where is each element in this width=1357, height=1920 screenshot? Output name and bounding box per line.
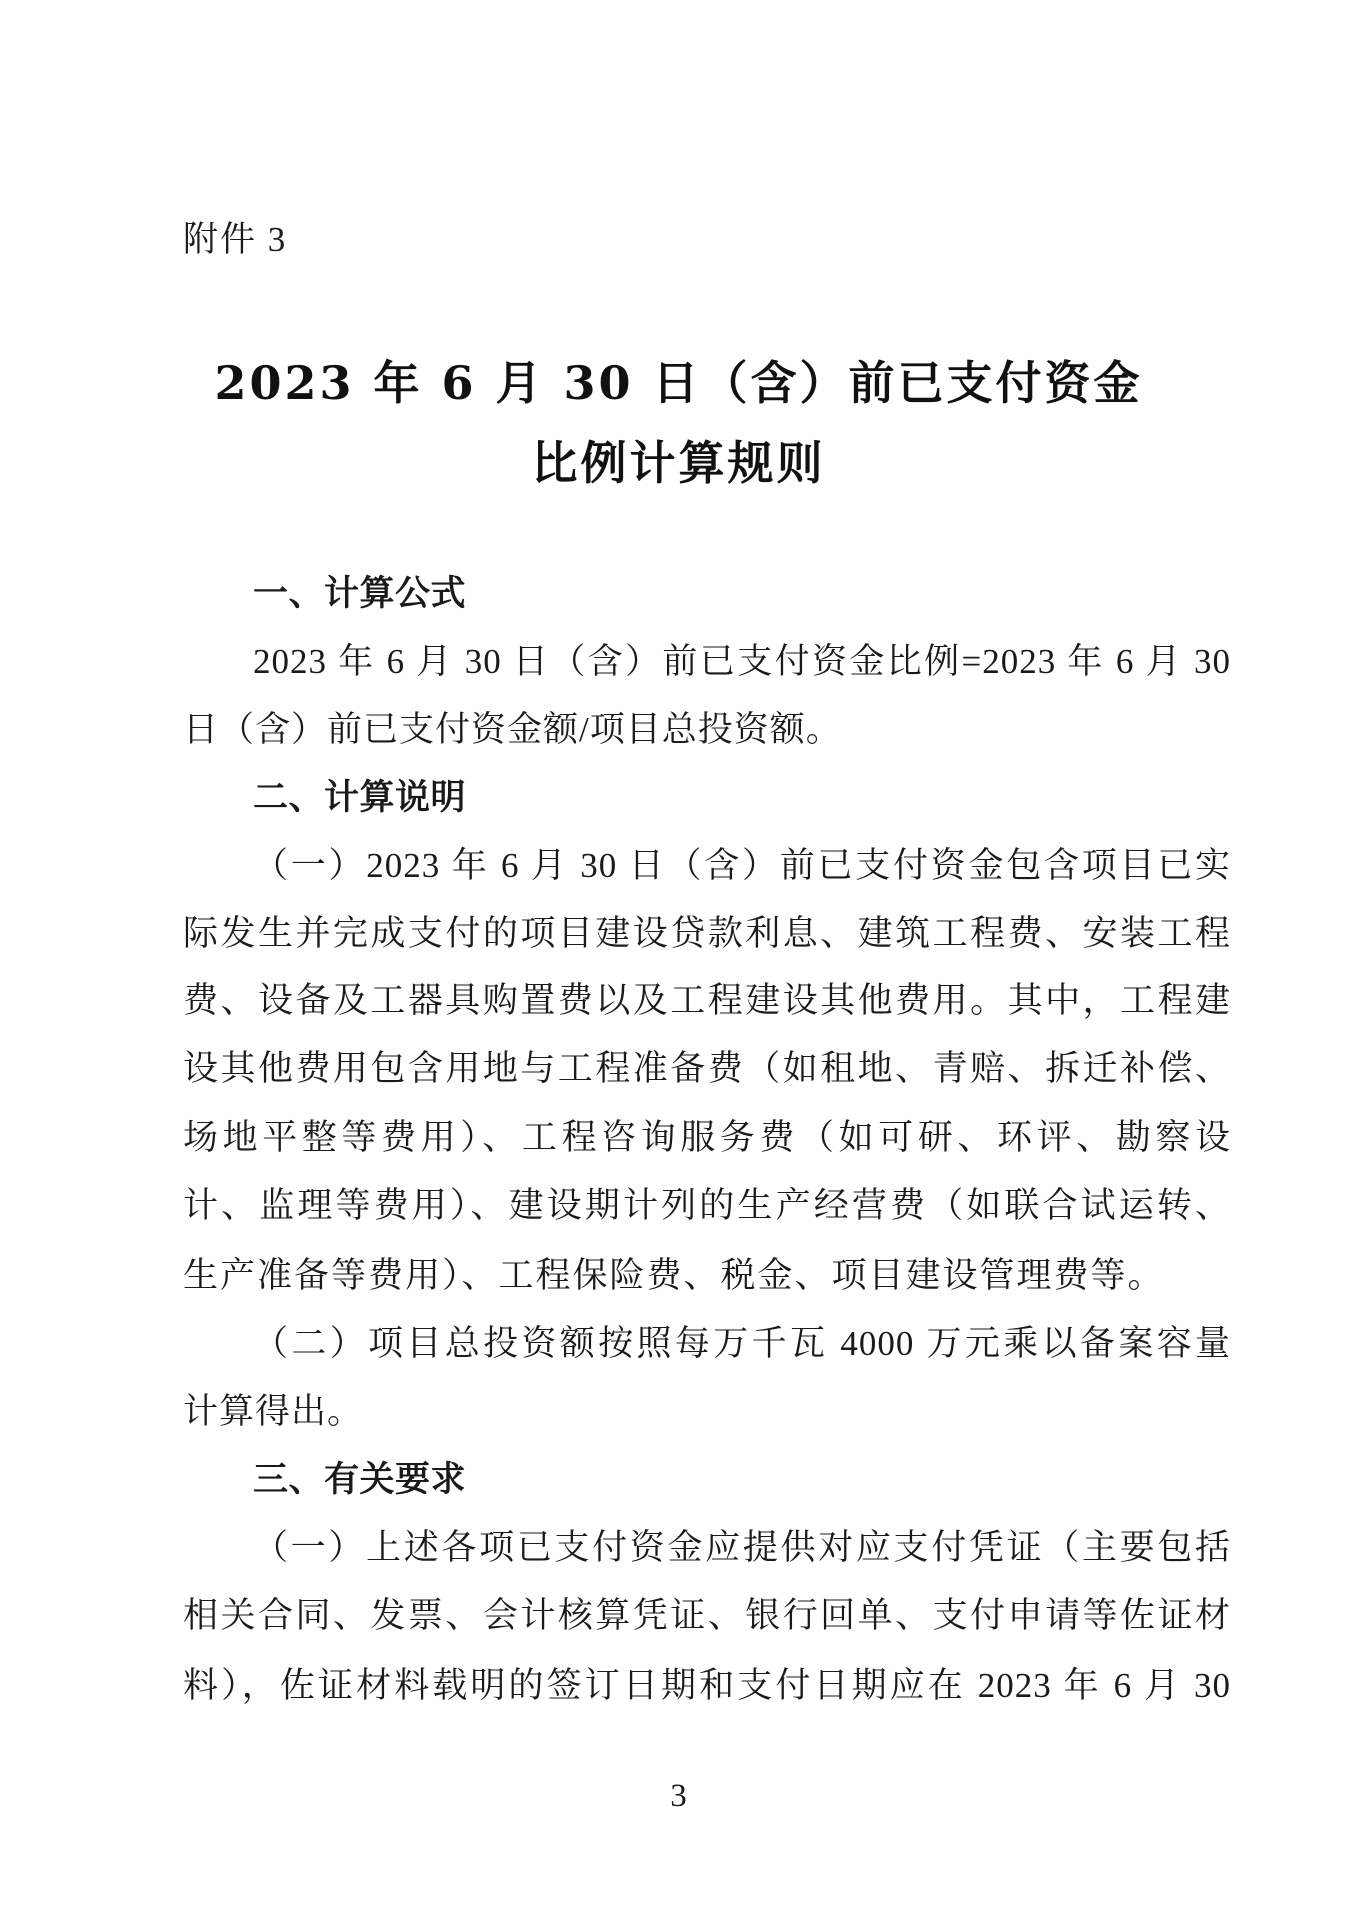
body-line: 费、设备及工器具购置费以及工程建设其他费用。其中，工程建 xyxy=(183,967,1231,1035)
heading-calculation-notes: 二、计算说明 xyxy=(183,764,1231,832)
body-line: （一）2023 年 6 月 30 日（含）前已支付资金包含项目已实 xyxy=(183,832,1231,900)
body-line: 生产准备等费用）、工程保险费、税金、项目建设管理费等。 xyxy=(183,1242,1231,1310)
body-line: 2023 年 6 月 30 日（含）前已支付资金比例=2023 年 6 月 30 xyxy=(183,628,1231,696)
body-line: 场地平整等费用）、工程咨询服务费（如可研、环评、勘察设 xyxy=(183,1104,1231,1172)
body-line: 料），佐证材料载明的签订日期和支付日期应在 2023 年 6 月 30 xyxy=(183,1652,1231,1720)
body-line: 计、监理等费用）、建设期计列的生产经营费（如联合试运转、 xyxy=(183,1172,1231,1240)
body-line: （一）上述各项已支付资金应提供对应支付凭证（主要包括 xyxy=(183,1514,1231,1582)
document-page: 附件 3 2023 年 6 月 30 日（含）前已支付资金 比例计算规则 一、计… xyxy=(0,0,1357,1920)
body-line: 计算得出。 xyxy=(183,1378,1231,1446)
attachment-label: 附件 3 xyxy=(183,218,287,262)
doc-title-line-2: 比例计算规则 xyxy=(0,428,1357,498)
body-line: 际发生并完成支付的项目建设贷款利息、建筑工程费、安装工程 xyxy=(183,900,1231,968)
body-line: 日（含）前已支付资金额/项目总投资额。 xyxy=(183,696,1231,764)
page-number: 3 xyxy=(0,1774,1357,1818)
doc-title-line-1: 2023 年 6 月 30 日（含）前已支付资金 xyxy=(0,348,1357,418)
body-line: 设其他费用包含用地与工程准备费（如租地、青赔、拆迁补偿、 xyxy=(183,1035,1231,1103)
heading-requirements: 三、有关要求 xyxy=(183,1446,1231,1514)
body-line: 相关合同、发票、会计核算凭证、银行回单、支付申请等佐证材 xyxy=(183,1582,1231,1650)
heading-calculation-formula: 一、计算公式 xyxy=(183,560,1231,628)
body-line: （二）项目总投资额按照每万千瓦 4000 万元乘以备案容量 xyxy=(183,1310,1231,1378)
